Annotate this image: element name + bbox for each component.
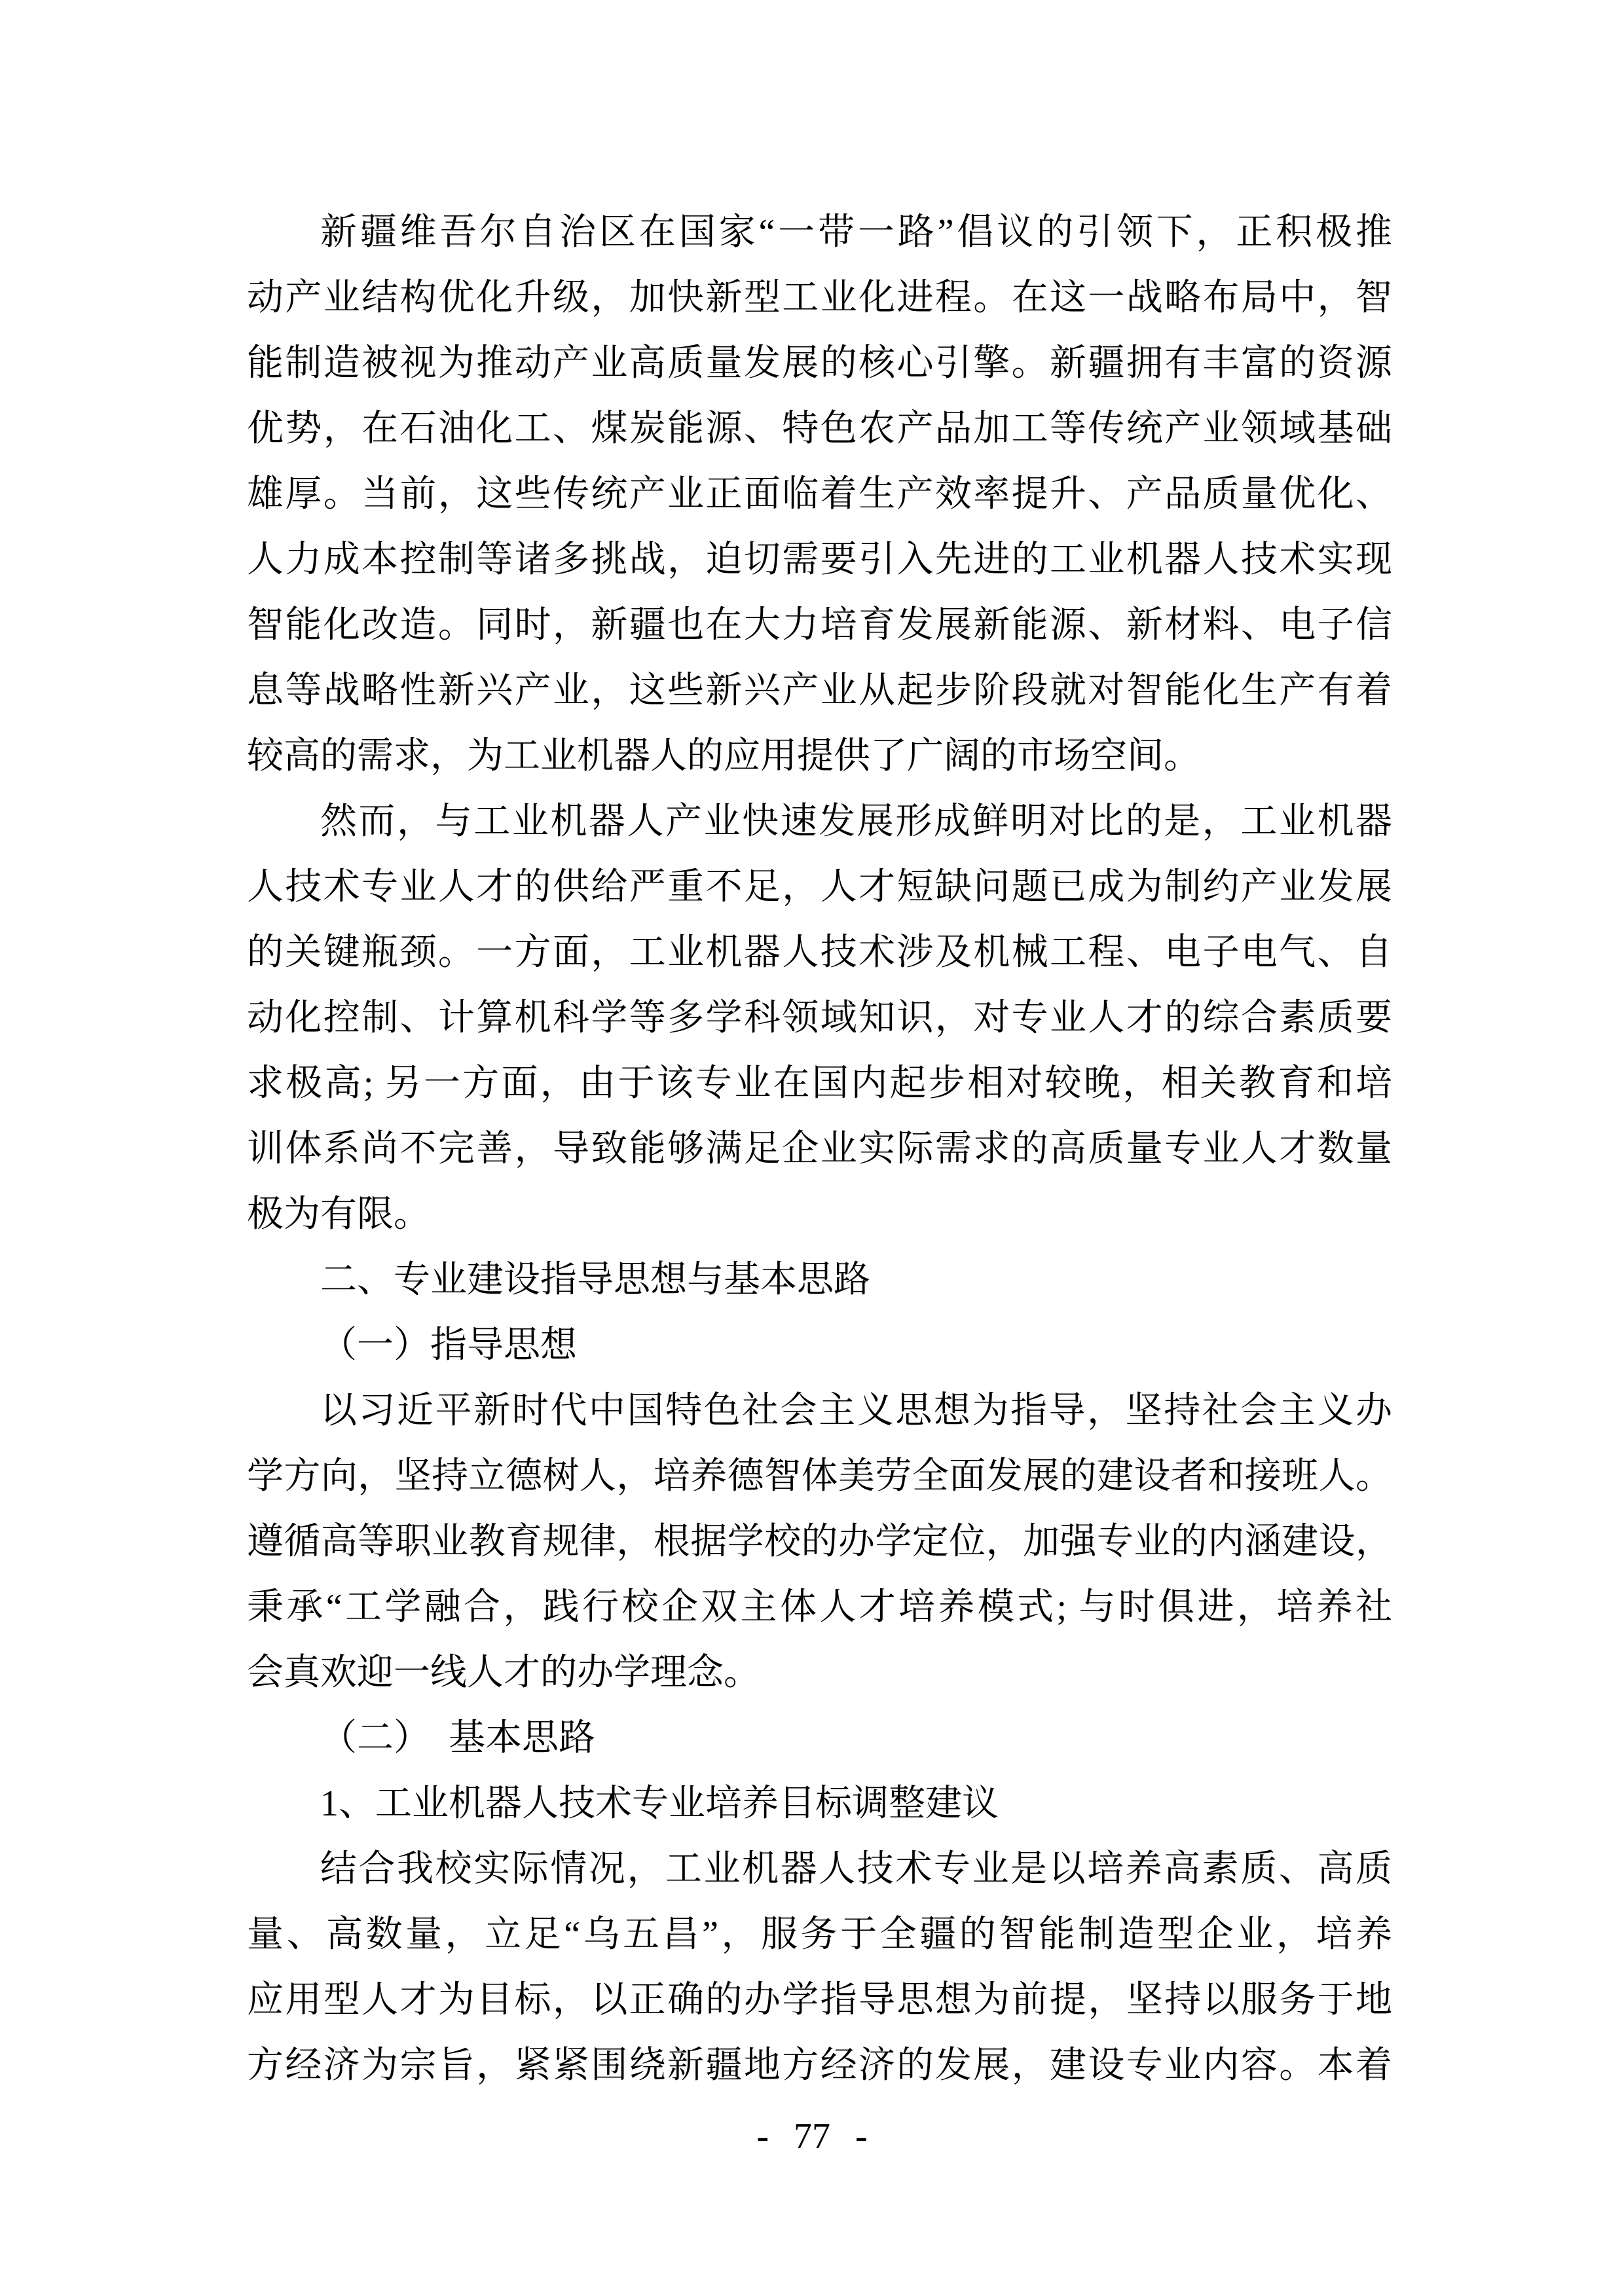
text-line: 极为有限。 [247,1182,1392,1247]
item-heading: 1、工业机器人技术专业培养目标调整建议 [247,1771,1392,1836]
subsection-heading: （二） 基本思路 [247,1705,1392,1771]
text-line: 能制造被视为推动产业高质量发展的核心引擎。新疆拥有丰富的资源 [247,331,1392,396]
page-footer: - 77 - [0,2117,1624,2156]
text-line: 较高的需求，为工业机器人的应用提供了广阔的市场空间。 [247,723,1392,789]
page-number: - 77 - [756,2117,867,2156]
text-line: 人技术专业人才的供给严重不足，人才短缺问题已成为制约产业发展 [247,854,1392,920]
text-line: 动化控制、计算机科学等多学科领域知识，对专业人才的综合素质要 [247,985,1392,1051]
text-line: 方经济为宗旨，紧紧围绕新疆地方经济的发展，建设专业内容。本着 [247,2033,1392,2098]
text-line: 雄厚。当前，这些传统产业正面临着生产效率提升、产品质量优化、 [247,462,1392,527]
text-line: 结合我校实际情况，工业机器人技术专业是以培养高素质、高质 [247,1836,1392,1902]
section-heading: 二、专业建设指导思想与基本思路 [247,1247,1392,1313]
document-body: 新疆维吾尔自治区在国家“一带一路”倡议的引领下，正积极推动产业结构优化升级，加快… [247,200,1392,2098]
text-line: 应用型人才为目标，以正确的办学指导思想为前提，坚持以服务于地 [247,1967,1392,2033]
text-line: 量、高数量，立足“乌五昌”，服务于全疆的智能制造型企业，培养 [247,1902,1392,1967]
text-line: 秉承“工学融合，践行校企双主体人才培养模式; 与时俱进，培养社 [247,1575,1392,1640]
text-line: 遵循高等职业教育规律，根据学校的办学定位，加强专业的内涵建设， [247,1509,1392,1575]
text-line: 的关键瓶颈。一方面，工业机器人技术涉及机械工程、电子电气、自 [247,920,1392,985]
text-line: 求极高; 另一方面，由于该专业在国内起步相对较晚，相关教育和培 [247,1051,1392,1116]
text-line: 学方向，坚持立德树人，培养德智体美劳全面发展的建设者和接班人。 [247,1444,1392,1509]
text-line: 训体系尚不完善，导致能够满足企业实际需求的高质量专业人才数量 [247,1116,1392,1182]
document-page: 新疆维吾尔自治区在国家“一带一路”倡议的引领下，正积极推动产业结构优化升级，加快… [0,0,1624,2296]
text-line: 然而，与工业机器人产业快速发展形成鲜明对比的是，工业机器 [247,789,1392,854]
text-line: 优势，在石油化工、煤炭能源、特色农产品加工等传统产业领域基础 [247,396,1392,462]
subsection-heading: （一）指导思想 [247,1313,1392,1378]
text-line: 会真欢迎一线人才的办学理念。 [247,1640,1392,1705]
text-line: 智能化改造。同时，新疆也在大力培育发展新能源、新材料、电子信 [247,592,1392,658]
text-line: 以习近平新时代中国特色社会主义思想为指导，坚持社会主义办 [247,1378,1392,1444]
text-line: 息等战略性新兴产业，这些新兴产业从起步阶段就对智能化生产有着 [247,658,1392,723]
text-line: 人力成本控制等诸多挑战，迫切需要引入先进的工业机器人技术实现 [247,527,1392,592]
text-line: 动产业结构优化升级，加快新型工业化进程。在这一战略布局中，智 [247,265,1392,331]
text-line: 新疆维吾尔自治区在国家“一带一路”倡议的引领下，正积极推 [247,200,1392,265]
